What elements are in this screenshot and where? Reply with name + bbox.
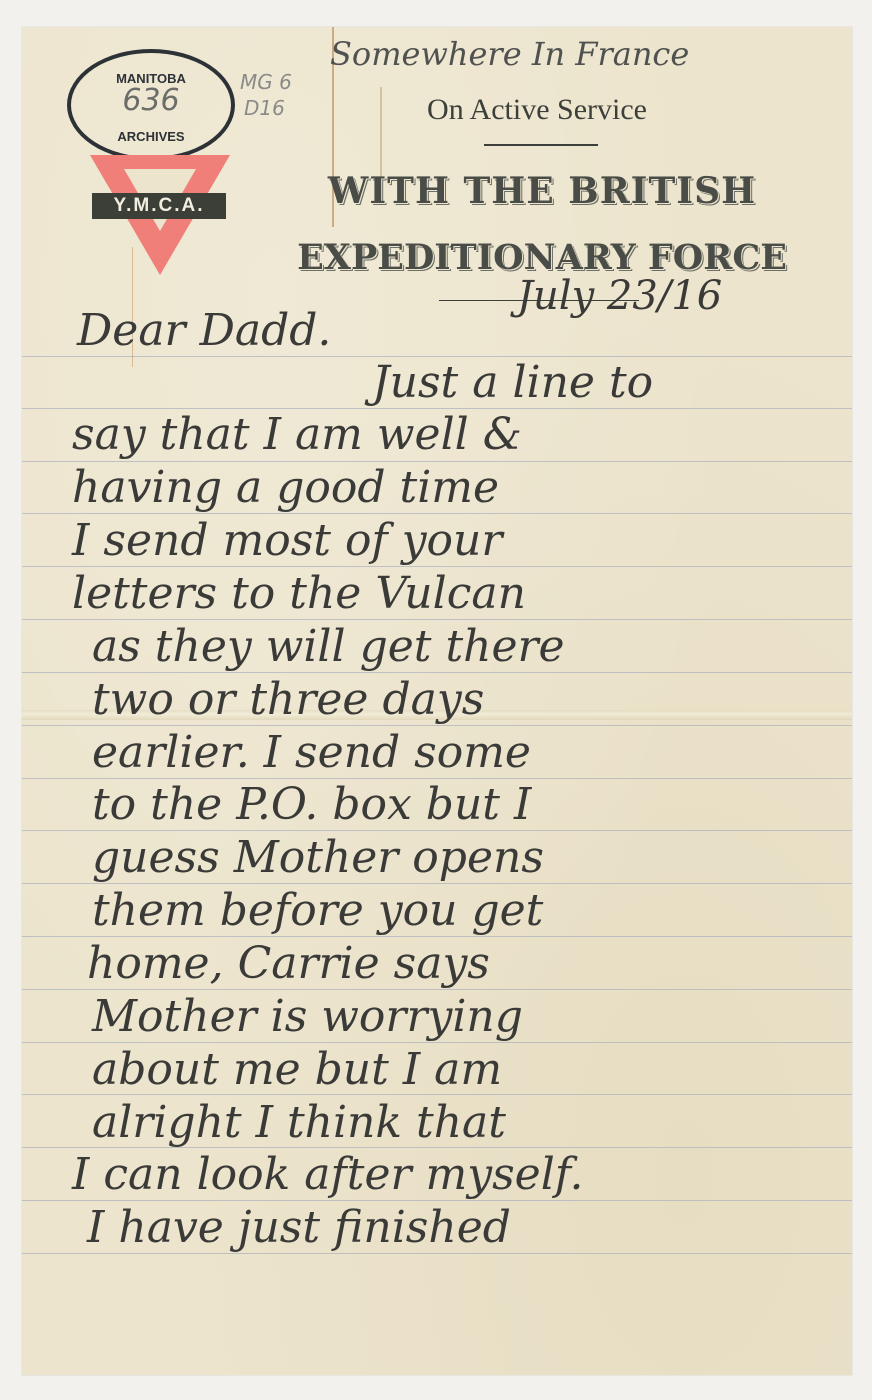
letter-line: alright I think that — [92, 1097, 506, 1148]
ruled-line — [22, 1253, 852, 1254]
ruled-line — [22, 1042, 852, 1043]
letter-line: letters to the Vulcan — [72, 568, 526, 619]
ruled-line — [22, 989, 852, 990]
letter-line: two or three days — [92, 674, 484, 725]
stamp-bottom-text: ARCHIVES — [71, 129, 231, 144]
call-number-line-1: MG 6 — [240, 69, 292, 95]
letter-line: guess Mother opens — [92, 832, 544, 883]
call-number: MG 6 D16 — [240, 69, 292, 121]
handwritten-place: Somewhere In France — [330, 35, 689, 73]
call-number-line-2: D16 — [240, 95, 292, 121]
handwritten-date: July 23/16 — [517, 273, 722, 319]
letter-line: say that I am well & — [72, 409, 522, 460]
letter-line: them before you get — [92, 885, 543, 936]
letter-line: I send most of your — [72, 515, 502, 566]
ruled-line — [22, 619, 852, 620]
ruled-line — [22, 830, 852, 831]
letter-line: having a good time — [72, 462, 499, 513]
ruled-line — [22, 1200, 852, 1201]
letter-line: I can look after myself. — [72, 1149, 584, 1200]
letter-line: home, Carrie says — [87, 938, 490, 989]
salutation: Dear Dadd. — [77, 305, 331, 356]
stamp-number: 636 — [71, 83, 231, 118]
letter-page: MANITOBA 636 ARCHIVES MG 6 D16 Y.M.C.A. … — [22, 27, 852, 1375]
letter-line: about me but I am — [92, 1044, 502, 1095]
ruled-line — [22, 672, 852, 673]
letter-line: earlier. I send some — [92, 727, 531, 778]
archive-stamp: MANITOBA 636 ARCHIVES — [67, 49, 235, 161]
letter-line: Just a line to — [372, 357, 653, 408]
letter-line: Mother is worrying — [92, 991, 523, 1042]
letterhead-title-2: EXPEDITIONARY FORCE — [272, 237, 812, 278]
letter-line: to the P.O. box but I — [92, 779, 531, 830]
header-divider — [484, 144, 598, 146]
letterhead-title-1: WITH THE BRITISH — [272, 170, 812, 212]
ruled-line — [22, 566, 852, 567]
ruled-line — [22, 725, 852, 726]
ruled-line — [22, 513, 852, 514]
ruled-line — [22, 883, 852, 884]
letter-line: as they will get there — [92, 621, 565, 672]
letter-line: I have just finished — [87, 1202, 511, 1253]
service-heading: On Active Service — [382, 93, 692, 127]
ymca-label: Y.M.C.A. — [92, 193, 226, 219]
ruled-line — [22, 936, 852, 937]
